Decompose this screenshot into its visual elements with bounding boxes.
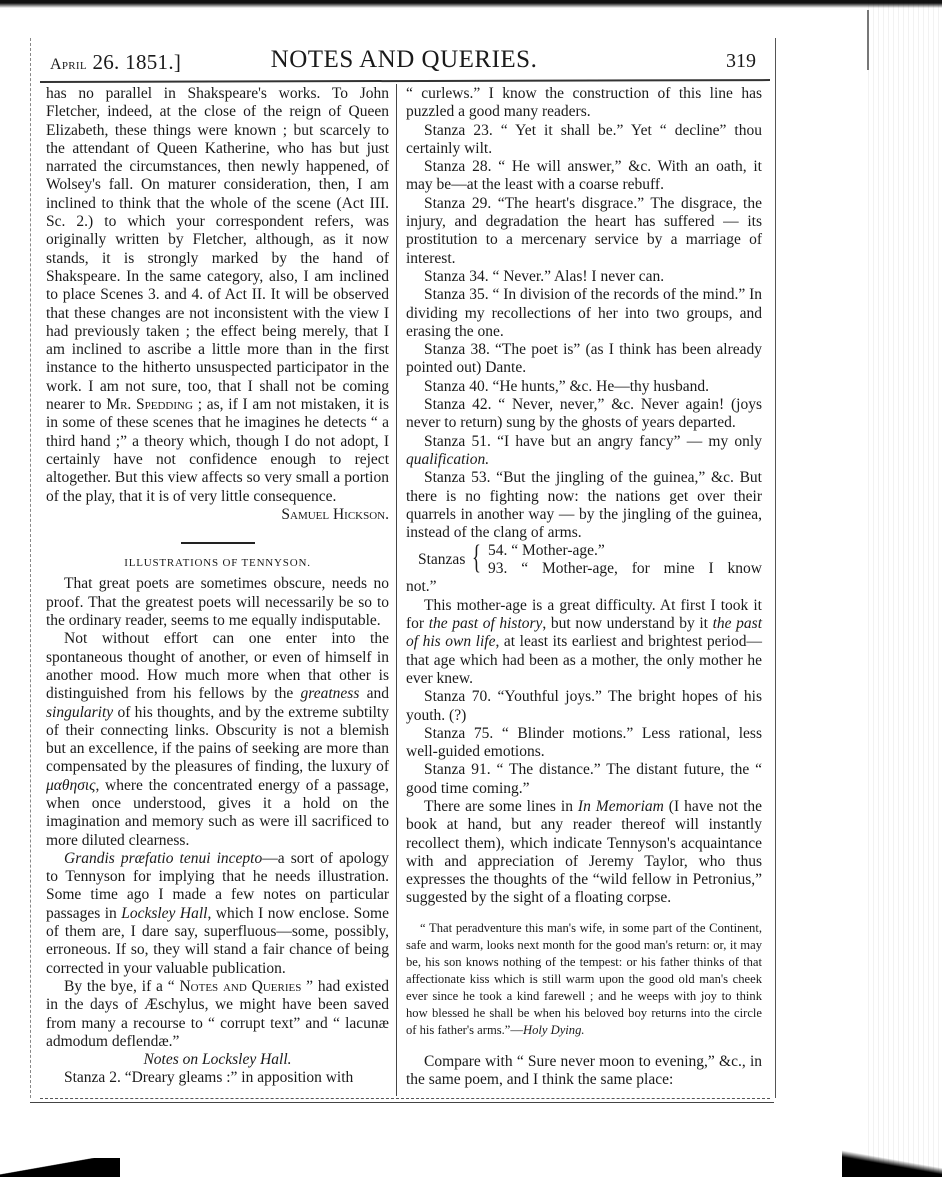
subheading: Notes on Locksley Hall. (46, 1051, 389, 1069)
paragraph: Stanza 91. “ The distance.” The distant … (406, 761, 762, 798)
block-quote: “ That peradventure this man's wife, in … (406, 920, 762, 1039)
paragraph: Grandis præfatio tenui incepto—a sort of… (46, 850, 389, 978)
paragraph: “ curlews.” I know the construction of t… (406, 85, 762, 122)
paragraph: Stanza 38. “The poet is” (as I think has… (406, 341, 762, 378)
footer-rule-2 (30, 1102, 774, 1103)
left-column: has no parallel in Shakspeare's works. T… (46, 85, 389, 1088)
paragraph: Stanza 23. “ Yet it shall be.” Yet “ dec… (406, 122, 762, 159)
paragraph: Stanza 53. “But the jingling of the guin… (406, 469, 762, 542)
name-spedding: Mr. Spedding (106, 396, 193, 413)
section-divider (181, 542, 255, 544)
greek-word: μαθησις (46, 777, 95, 794)
paragraph: Stanza 51. “I have but an angry fancy” —… (406, 433, 762, 470)
paragraph: Stanza 35. “ In division of the records … (406, 286, 762, 341)
paragraph: Stanza 2. “Dreary gleams :” in appositio… (46, 1069, 389, 1087)
page-number: 319 (726, 50, 756, 73)
scan-bottom-shadow-right (842, 1150, 942, 1177)
paragraph: There are some lines in In Memoriam (I h… (406, 798, 762, 908)
paragraph: Compare with “ Sure never moon to evenin… (406, 1053, 762, 1090)
scan-bottom-shadow-left (0, 1158, 120, 1177)
scan-right-margin (868, 0, 942, 1177)
column-divider (396, 84, 397, 1096)
paragraph: Stanza 42. “ Never, never,” &c. Never ag… (406, 396, 762, 433)
paragraph: By the bye, if a “ Notes and Queries ” h… (46, 978, 389, 1051)
paragraph: Stanza 40. “He hunts,” &c. He—thy husban… (406, 378, 762, 396)
paragraph: Not without effort can one enter into th… (46, 630, 389, 850)
paragraph: Stanza 28. “ He will answer,” &c. With a… (406, 158, 762, 195)
paragraph: This mother-age is a great difficulty. A… (406, 597, 762, 688)
publication-title: NOTES AND QUERIES. (48, 46, 760, 74)
footer-rule (40, 1098, 770, 1100)
paragraph: That great poets are sometimes obscure, … (46, 575, 389, 630)
right-column: “ curlews.” I know the construction of t… (406, 85, 762, 1089)
paragraph: not.” (406, 578, 762, 596)
quote-source: Holy Dying. (523, 1023, 585, 1037)
stanzas-group: Stanzas { 54. “ Mother-age.” 93. “ Mothe… (406, 542, 762, 578)
latin-quote: Grandis præfatio tenui incepto (64, 850, 262, 867)
scan-edge-mark (867, 10, 869, 70)
brace-icon: { (472, 540, 481, 576)
signature: Samuel Hickson. (46, 506, 389, 524)
paragraph: Stanza 70. “Youthful joys.” The bright h… (406, 688, 762, 725)
page-header: April 26. 1851.] NOTES AND QUERIES. 319 (48, 44, 760, 78)
paragraph: Stanza 75. “ Blinder motions.” Less rati… (406, 725, 762, 762)
scan-top-edge (0, 0, 942, 8)
paragraph: has no parallel in Shakspeare's works. T… (46, 85, 389, 506)
section-title: ILLUSTRATIONS OF TENNYSON. (46, 554, 389, 572)
paragraph: Stanza 34. “ Never.” Alas! I never can. (406, 268, 762, 286)
paragraph: Stanza 29. “The heart's disgrace.” The d… (406, 195, 762, 268)
